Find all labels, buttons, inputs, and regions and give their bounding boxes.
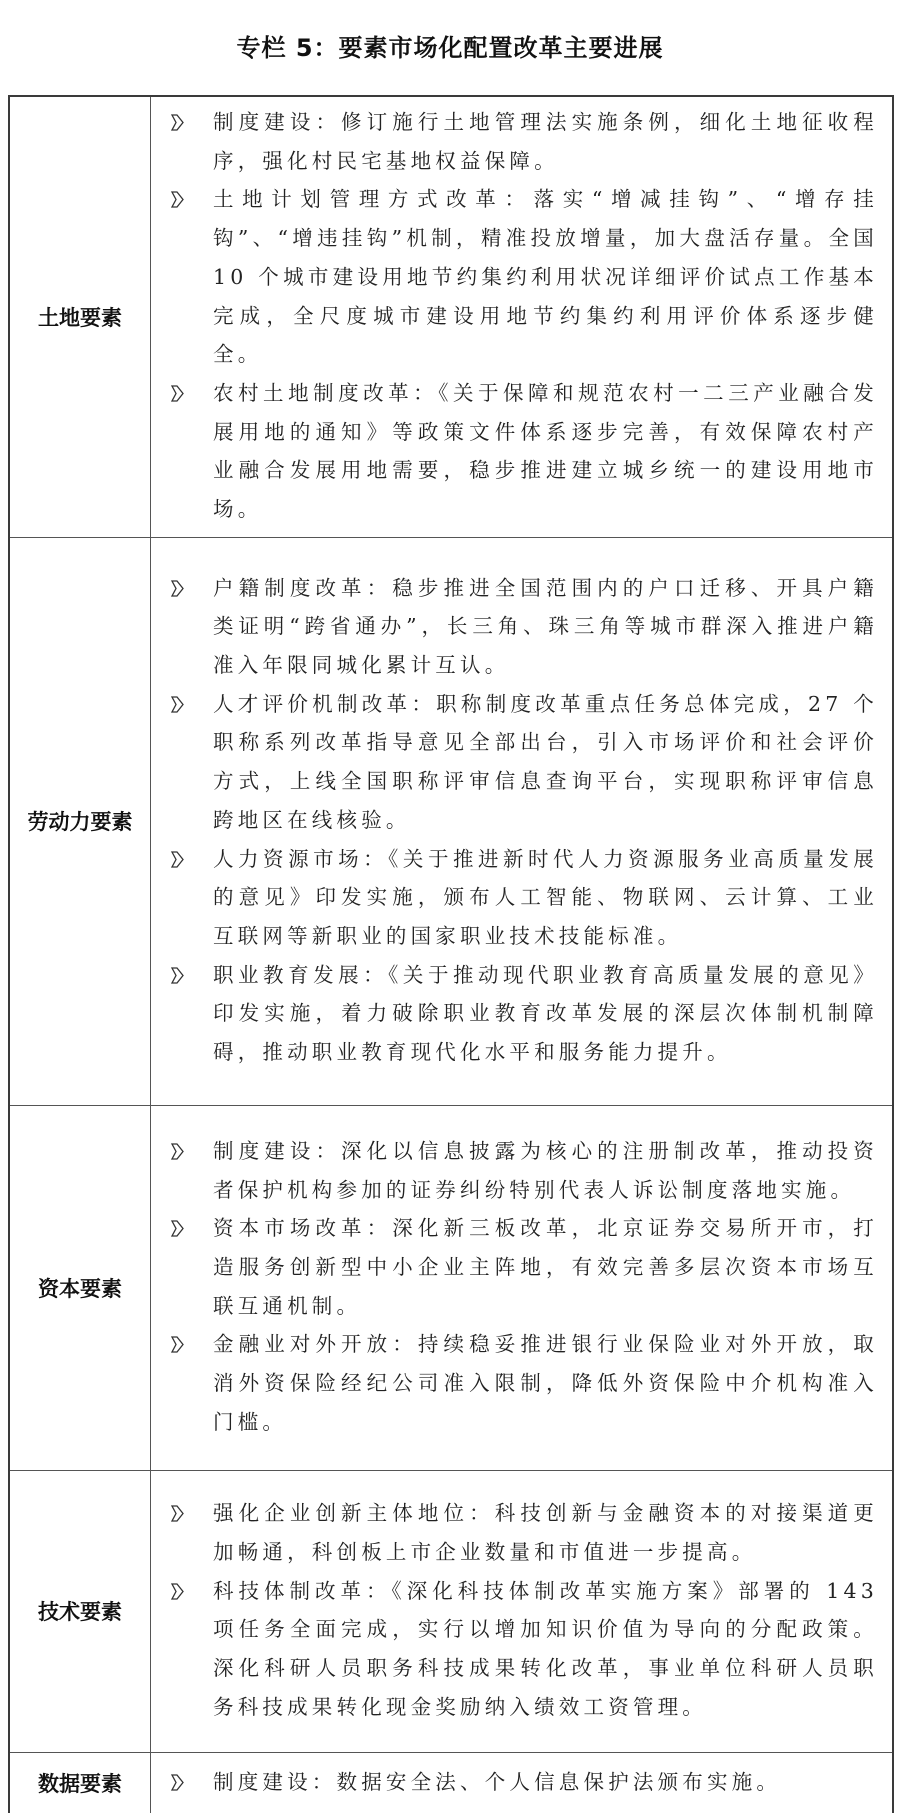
outlined-right-arrow-icon — [171, 685, 191, 723]
list-item: 土地计划管理方式改革：落实“增减挂钩”、“增存挂钩”、“增违挂钩”机制，精准投放… — [167, 180, 878, 374]
list-item: 强化企业创新主体地位：科技创新与金融资本的对接渠道更加畅通，科创板上市企业数量和… — [167, 1494, 878, 1571]
list-item: 制度建设：修订施行土地管理法实施条例，细化土地征收程序，强化村民宅基地权益保障。 — [167, 103, 878, 180]
category-content: 制度建设：数据安全法、个人信息保护法颁布实施。 — [151, 1752, 894, 1813]
list-item: 科技体制改革：《深化科技体制改革实施方案》部署的 143 项任务全面完成，实行以… — [167, 1572, 878, 1727]
table-row-labor: 劳动力要素 户籍制度改革：稳步推进全国范围内的户口迁移、开具户籍类证明“跨省通办… — [9, 537, 893, 1105]
outlined-right-arrow-icon — [171, 956, 191, 994]
table-row-land: 土地要素 制度建设：修订施行土地管理法实施条例，细化土地征收程序，强化村民宅基地… — [9, 96, 893, 537]
item-text: 职业教育发展：《关于推动现代职业教育高质量发展的意见》印发实施，着力破除职业教育… — [213, 963, 878, 1064]
table-row-data: 数据要素 制度建设：数据安全法、个人信息保护法颁布实施。 — [9, 1752, 893, 1813]
outlined-right-arrow-icon — [171, 1325, 191, 1363]
item-text: 制度建设：深化以信息披露为核心的注册制改革，推动投资者保护机构参加的证券纠纷特别… — [213, 1139, 878, 1202]
list-item: 金融业对外开放：持续稳妥推进银行业保险业对外开放，取消外资保险经纪公司准入限制，… — [167, 1325, 878, 1441]
list-item: 资本市场改革：深化新三板改革，北京证券交易所开市，打造服务创新型中小企业主阵地，… — [167, 1209, 878, 1325]
item-text: 农村土地制度改革：《关于保障和规范农村一二三产业融合发展用地的通知》等政策文件体… — [213, 381, 878, 521]
outlined-right-arrow-icon — [171, 180, 191, 218]
category-label: 资本要素 — [9, 1105, 151, 1470]
list-item: 人力资源市场：《关于推进新时代人力资源服务业高质量发展的意见》印发实施，颁布人工… — [167, 840, 878, 956]
table-row-capital: 资本要素 制度建设：深化以信息披露为核心的注册制改革，推动投资者保护机构参加的证… — [9, 1105, 893, 1470]
item-text: 制度建设：修订施行土地管理法实施条例，细化土地征收程序，强化村民宅基地权益保障。 — [213, 110, 878, 173]
item-text: 制度建设：数据安全法、个人信息保护法颁布实施。 — [213, 1770, 781, 1794]
list-item: 制度建设：数据安全法、个人信息保护法颁布实施。 — [167, 1763, 878, 1802]
list-item: 制度建设：深化以信息披露为核心的注册制改革，推动投资者保护机构参加的证券纠纷特别… — [167, 1132, 878, 1209]
list-item: 农村土地制度改革：《关于保障和规范农村一二三产业融合发展用地的通知》等政策文件体… — [167, 374, 878, 529]
item-text: 人力资源市场：《关于推进新时代人力资源服务业高质量发展的意见》印发实施，颁布人工… — [213, 847, 878, 948]
table-row-technology: 技术要素 强化企业创新主体地位：科技创新与金融资本的对接渠道更加畅通，科创板上市… — [9, 1470, 893, 1752]
list-item: 职业教育发展：《关于推动现代职业教育高质量发展的意见》印发实施，着力破除职业教育… — [167, 956, 878, 1072]
outlined-right-arrow-icon — [171, 374, 191, 412]
category-content: 制度建设：深化以信息披露为核心的注册制改革，推动投资者保护机构参加的证券纠纷特别… — [151, 1105, 894, 1470]
category-content: 制度建设：修订施行土地管理法实施条例，细化土地征收程序，强化村民宅基地权益保障。… — [151, 96, 894, 537]
category-label: 技术要素 — [9, 1470, 151, 1752]
outlined-right-arrow-icon — [171, 1572, 191, 1610]
item-text: 户籍制度改革：稳步推进全国范围内的户口迁移、开具户籍类证明“跨省通办”，长三角、… — [213, 576, 878, 677]
item-text: 人才评价机制改革：职称制度改革重点任务总体完成，27 个职称系列改革指导意见全部… — [213, 692, 878, 832]
category-label: 劳动力要素 — [9, 537, 151, 1105]
outlined-right-arrow-icon — [171, 840, 191, 878]
outlined-right-arrow-icon — [171, 103, 191, 141]
outlined-right-arrow-icon — [171, 1132, 191, 1170]
outlined-right-arrow-icon — [171, 1209, 191, 1247]
list-item: 人才评价机制改革：职称制度改革重点任务总体完成，27 个职称系列改革指导意见全部… — [167, 685, 878, 840]
category-content: 强化企业创新主体地位：科技创新与金融资本的对接渠道更加畅通，科创板上市企业数量和… — [151, 1470, 894, 1752]
item-text: 金融业对外开放：持续稳妥推进银行业保险业对外开放，取消外资保险经纪公司准入限制，… — [213, 1332, 878, 1433]
list-item: 户籍制度改革：稳步推进全国范围内的户口迁移、开具户籍类证明“跨省通办”，长三角、… — [167, 569, 878, 685]
category-content: 户籍制度改革：稳步推进全国范围内的户口迁移、开具户籍类证明“跨省通办”，长三角、… — [151, 537, 894, 1105]
item-text: 资本市场改革：深化新三板改革，北京证券交易所开市，打造服务创新型中小企业主阵地，… — [213, 1216, 878, 1317]
reform-progress-table: 土地要素 制度建设：修订施行土地管理法实施条例，细化土地征收程序，强化村民宅基地… — [8, 95, 894, 1813]
outlined-right-arrow-icon — [171, 1763, 191, 1801]
item-text: 强化企业创新主体地位：科技创新与金融资本的对接渠道更加畅通，科创板上市企业数量和… — [213, 1501, 878, 1564]
page-title: 专栏 5：要素市场化配置改革主要进展 — [0, 28, 900, 63]
outlined-right-arrow-icon — [171, 569, 191, 607]
category-label: 数据要素 — [9, 1752, 151, 1813]
category-label: 土地要素 — [9, 96, 151, 537]
item-text: 科技体制改革：《深化科技体制改革实施方案》部署的 143 项任务全面完成，实行以… — [213, 1579, 878, 1719]
item-text: 土地计划管理方式改革：落实“增减挂钩”、“增存挂钩”、“增违挂钩”机制，精准投放… — [213, 187, 878, 366]
outlined-right-arrow-icon — [171, 1494, 191, 1532]
